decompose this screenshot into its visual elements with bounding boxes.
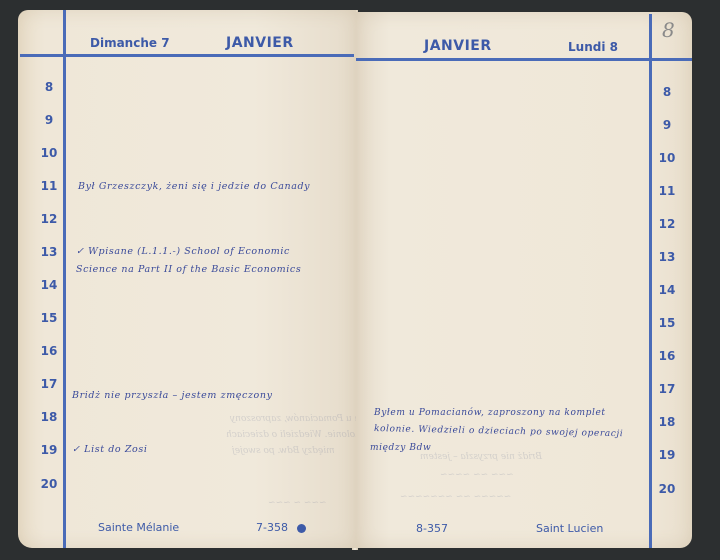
left-day-label: Dimanche 7	[90, 36, 170, 50]
hour-label: 8	[34, 80, 64, 94]
bleed-through-text: Bridż nie przyszła – jestem	[420, 452, 542, 462]
right-month-title: JANVIER	[424, 38, 492, 54]
bleed-through-text: między Bdw. po swojej	[232, 446, 335, 456]
hour-label: 18	[34, 410, 64, 424]
hour-label: 15	[652, 316, 682, 330]
handwritten-entry: ✓ List do Zosi	[72, 444, 148, 455]
hour-label: 17	[652, 382, 682, 396]
left-page	[18, 10, 356, 548]
handwritten-entry: ✓ Wpisane (L.1.1.-) School of Economic	[76, 246, 290, 257]
bleed-through-text: ~~~ ~~ ~~~~	[440, 470, 514, 480]
handwritten-entry: Był Grzeszczyk, żeni się i jedzie do Can…	[78, 181, 310, 192]
left-month-title: JANVIER	[226, 35, 294, 51]
hour-label: 15	[34, 311, 64, 325]
hour-label: 9	[652, 118, 682, 132]
hour-label: 10	[652, 151, 682, 165]
right-header-rule	[356, 58, 692, 61]
hour-label: 18	[652, 415, 682, 429]
hour-label: 16	[652, 349, 682, 363]
hour-label: 19	[34, 443, 64, 457]
right-saint-name: Saint Lucien	[536, 522, 603, 535]
left-header-rule	[20, 54, 354, 57]
hour-label: 16	[34, 344, 64, 358]
hour-label: 19	[652, 448, 682, 462]
bleed-through-text: ~~~ ~ ~~~	[268, 498, 327, 508]
hour-label: 12	[652, 217, 682, 231]
moon-phase-icon	[297, 524, 306, 533]
right-day-label: Lundi 8	[568, 40, 618, 54]
hour-label: 9	[34, 113, 64, 127]
right-day-of-year: 8-357	[416, 522, 448, 535]
hour-label: 20	[652, 482, 682, 496]
hour-label: 20	[34, 477, 64, 491]
hour-label: 10	[34, 146, 64, 160]
left-day-of-year: 7-358	[256, 521, 288, 534]
pencil-page-mark: 8	[662, 18, 675, 42]
hour-label: 17	[34, 377, 64, 391]
handwritten-entry: Science na Part II of the Basic Economic…	[76, 264, 301, 275]
left-saint-name: Sainte Mélanie	[98, 521, 179, 534]
hour-label: 11	[34, 179, 64, 193]
hour-label: 12	[34, 212, 64, 226]
hour-label: 8	[652, 85, 682, 99]
hour-label: 11	[652, 184, 682, 198]
handwritten-entry: między Bdw	[370, 443, 431, 453]
hour-label: 14	[34, 278, 64, 292]
hour-label: 14	[652, 283, 682, 297]
hour-label: 13	[34, 245, 64, 259]
bleed-through-text: kolonie. Wiedzieli o dzieciach	[226, 430, 361, 440]
handwritten-entry: Bridż nie przyszła – jestem zmęczony	[72, 390, 273, 401]
bleed-through-text: ~~~~~ ~~ ~~~~~~~	[400, 492, 511, 502]
right-page	[356, 12, 692, 548]
handwritten-entry: Byłem u Pomacianów, zaproszony na komple…	[374, 408, 606, 418]
hour-label: 13	[652, 250, 682, 264]
